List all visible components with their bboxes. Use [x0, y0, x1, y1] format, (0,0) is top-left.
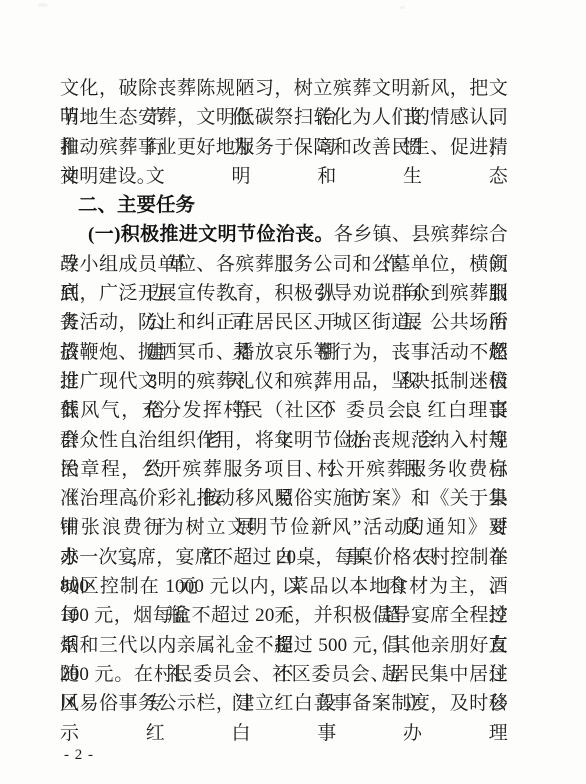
page-number: - 2 -: [64, 747, 94, 764]
text-line: 200 元。在村民委员会、社区委员会、居民集中居住区专门设立移: [60, 660, 508, 689]
subsection-title: (一)积极推进文明节俭治丧。: [88, 224, 334, 245]
text-line: 葬风气，充分发挥村民（社区）委员会、红白理事会、老年协会等: [60, 396, 508, 425]
text-line: (一)积极推进文明节俭治丧。各乡镇、县殡葬综合改革工作领: [60, 220, 508, 249]
scan-artifact: [400, 6, 405, 9]
section-heading: 二、主要任务: [60, 191, 508, 220]
text-line: 城区控制在 1000 元以内，菜品以本地食材为主，酒每瓶不超过: [60, 572, 508, 601]
text-line: 100 元，烟每盒不超过 20元，并积极倡导宴席全程控烟。提倡直: [60, 601, 508, 630]
text-line: 推广现代文明的殡葬礼仪和殡葬用品，坚决抵制迷信低俗等不良丧: [60, 367, 508, 396]
text-line: 推动殡葬事业更好地服务于保障和改善民生、促进精神文明和生态: [60, 133, 508, 162]
text-line: 文化，破除丧葬陈规陋习，树立殡葬文明新风，把文明节俭治丧、: [60, 74, 508, 103]
text-line: 风易俗事务公示栏，建立红白喜事备案制度，及时公示红白事办理: [60, 689, 508, 718]
text-line: 办一次宴席，宴席不超过 20桌，每桌价格农村控制在 800 元以内、: [60, 543, 508, 572]
text-line: 群众性自治组织作用，将文明节俭治丧规范纳入村规民约、村民自: [60, 426, 508, 455]
text-line: 系和三代以内亲属礼金不超过 500 元，其他亲朋好友随礼不超过: [60, 631, 508, 660]
text-line: 节地生态安葬，文明低碳祭扫转化为人们的情感认同和行为习惯，: [60, 103, 508, 132]
text-line: 治章程，公开殡葬服务项目、公开殡葬服务收费标准。按照市、县: [60, 455, 508, 484]
text-line: 底，广泛开展宣传教育，积极引导劝说群众到殡葬服务公司开展治: [60, 279, 508, 308]
document-body: 文化，破除丧葬陈规陋习，树立殡葬文明新风，把文明节俭治丧、 节地生态安葬，文明低…: [60, 74, 508, 719]
scan-artifact: [38, 3, 48, 7]
text-line: 放鞭炮、抛洒冥币、播放哀乐等行为，丧事活动不超过3天，积极: [60, 338, 508, 367]
text-line: 《治理高价彩礼推动移风易俗实施方案》和《关于集中开展“反对: [60, 484, 508, 513]
text-line: 铺张浪费行为树立文明节俭新风”活动的通知》要求，红白事只举: [60, 513, 508, 542]
text-line: 丧活动，防止和纠正在居民区、城区街道、公共场所搭建灵棚、燃: [60, 308, 508, 337]
document-page: 文化，破除丧葬陈规陋习，树立殡葬文明新风，把文明节俭治丧、 节地生态安葬，文明低…: [0, 0, 586, 784]
text-line: 导小组成员单位、各殡葬服务公司和公墓单位，横向到边、纵向到: [60, 250, 508, 279]
